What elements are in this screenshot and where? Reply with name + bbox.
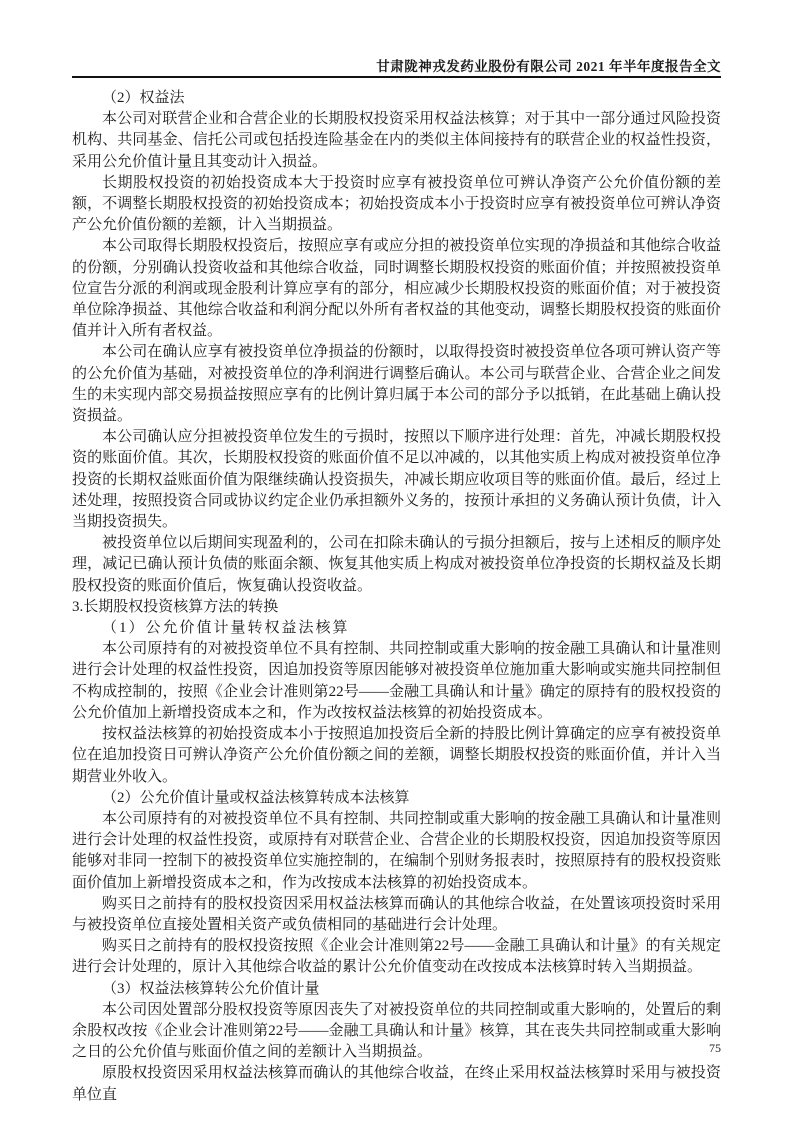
header-divider-line	[72, 76, 721, 78]
paragraph: 本公司原持有的对被投资单位不具有控制、共同控制或重大影响的按金融工具确认和计量准…	[72, 639, 721, 724]
subsection-heading-fv-or-equity-to-cost: （2）公允价值计量或权益法核算转成本法核算	[72, 788, 721, 809]
section-heading-conversion-methods: 3.长期股权投资核算方法的转换	[72, 597, 721, 618]
paragraph: 长期股权投资的初始投资成本大于投资时应享有被投资单位可辨认净资产公允价值份额的差…	[72, 173, 721, 237]
subsection-heading-equity-to-fv: （3）权益法核算转公允价值计量	[72, 979, 721, 1000]
document-page: 甘肃陇神戎发药业股份有限公司 2021 年半年度报告全文 （2）权益法 本公司对…	[0, 0, 793, 1122]
paragraph: 本公司确认应分担被投资单位发生的亏损时，按照以下顺序进行处理：首先，冲减长期股权…	[72, 427, 721, 533]
subsection-heading-fv-to-equity: （1）公允价值计量转权益法核算	[72, 618, 721, 639]
page-number: 75	[72, 1041, 721, 1056]
paragraph: 购买日之前持有的股权投资按照《企业会计准则第22号——金融工具确认和计量》的有关…	[72, 936, 721, 978]
paragraph: 按权益法核算的初始投资成本小于按照追加投资后全新的持股比例计算确定的应享有被投资…	[72, 724, 721, 788]
paragraph: 本公司原持有的对被投资单位不具有控制、共同控制或重大影响的按金融工具确认和计量准…	[72, 809, 721, 894]
subsection-heading-equity-method: （2）权益法	[72, 88, 721, 109]
document-body: （2）权益法 本公司对联营企业和合营企业的长期股权投资采用权益法核算；对于其中一…	[72, 88, 721, 1106]
paragraph: 本公司在确认应享有被投资单位净损益的份额时，以取得投资时被投资单位各项可辨认资产…	[72, 342, 721, 427]
paragraph: 购买日之前持有的股权投资因采用权益法核算而确认的其他综合收益，在处置该项投资时采…	[72, 894, 721, 936]
report-header-title: 甘肃陇神戎发药业股份有限公司 2021 年半年度报告全文	[72, 55, 721, 75]
paragraph: 本公司取得长期股权投资后，按照应享有或应分担的被投资单位实现的净损益和其他综合收…	[72, 236, 721, 342]
paragraph: 本公司对联营企业和合营企业的长期股权投资采用权益法核算；对于其中一部分通过风险投…	[72, 109, 721, 173]
paragraph-continued-next-page: 原股权投资因采用权益法核算而确认的其他综合收益，在终止采用权益法核算时采用与被投…	[72, 1063, 721, 1105]
paragraph: 被投资单位以后期间实现盈利的，公司在扣除未确认的亏损分担额后，按与上述相反的顺序…	[72, 533, 721, 597]
